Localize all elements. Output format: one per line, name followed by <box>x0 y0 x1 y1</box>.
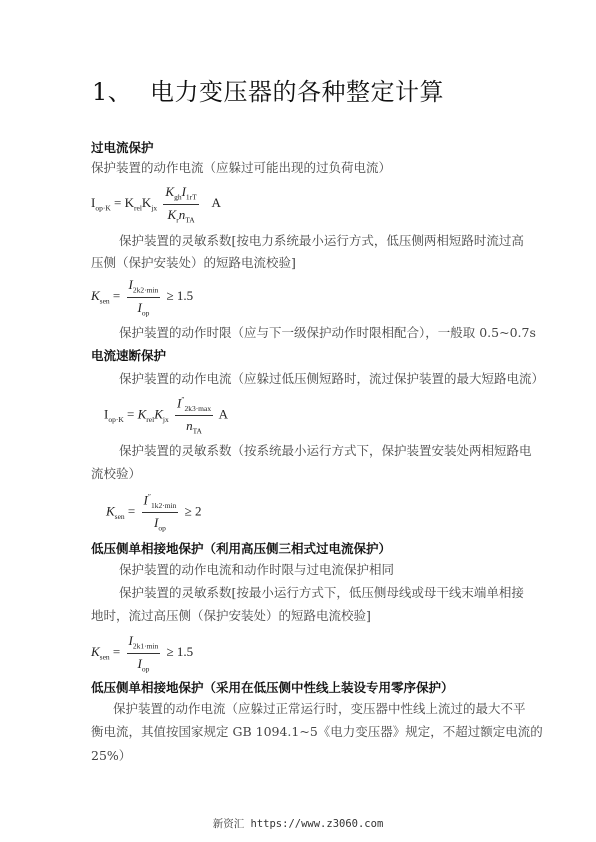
page-title: 1、电力变压器的各种整定计算 <box>92 72 444 107</box>
title-text: 电力变压器的各种整定计算 <box>150 78 444 106</box>
title-number: 1、 <box>92 72 150 107</box>
paragraph: 地时，流过高压侧（保护安装处）的短路电流校验] <box>91 607 371 625</box>
section-heading: 低压侧单相接地保护（利用高压侧三相式过电流保护） <box>91 539 391 557</box>
footer-watermark: 新资汇 https://www.z3060.com <box>0 816 596 831</box>
paragraph: 保护装置的动作时限（应与下一级保护动作时限相配合），一般取 0.5~0.7s <box>119 324 536 342</box>
paragraph: 保护装置的动作电流（应躲过低压侧短路时，流过保护装置的最大短路电流） <box>119 370 544 388</box>
formula-quick-break-sensitivity: Ksen = I″1k2·minIop ≥ 2 <box>106 492 202 533</box>
section-heading: 低压侧单相接地保护（采用在低压侧中性线上装设专用零序保护） <box>91 678 454 696</box>
paragraph: 保护装置的灵敏系数（按系统最小运行方式下，保护装置安装处两相短路电 <box>119 442 532 460</box>
section-heading: 电流速断保护 <box>91 346 166 364</box>
document-page: 1、电力变压器的各种整定计算 过电流保护 保护装置的动作电流（应躲过可能出现的过… <box>0 0 596 842</box>
paragraph: 保护装置的灵敏系数[按最小运行方式下，低压侧母线或母干线末端单相接 <box>119 584 524 602</box>
section-heading: 过电流保护 <box>91 138 154 156</box>
paragraph: 流校验） <box>91 465 141 483</box>
paragraph: 25%） <box>91 747 131 765</box>
paragraph: 保护装置的动作电流（应躲过正常运行时，变压器中性线上流过的最大不平 <box>113 700 526 718</box>
paragraph: 保护装置的动作电流（应躲过可能出现的过负荷电流） <box>91 159 391 177</box>
formula-ground-fault-sensitivity: Ksen = I2k1·minIop ≥ 1.5 <box>91 633 193 673</box>
paragraph: 保护装置的灵敏系数[按电力系统最小运行方式，低压侧两相短路时流过高 <box>119 232 524 250</box>
paragraph: 压侧（保护安装处）的短路电流校验] <box>91 254 296 272</box>
formula-quick-break-current: Iop·K = KrelKjx I″2k3·maxnTA A <box>104 395 228 436</box>
formula-operating-current: Iop·K = KrelKjx KghI1rTKrnTA A <box>91 184 221 224</box>
formula-sensitivity: Ksen = I2k2·minIop ≥ 1.5 <box>91 277 193 317</box>
paragraph: 保护装置的动作电流和动作时限与过电流保护相同 <box>119 561 394 579</box>
paragraph: 衡电流，其值按国家规定 GB 1094.1~5《电力变压器》规定，不超过额定电流… <box>91 723 543 741</box>
